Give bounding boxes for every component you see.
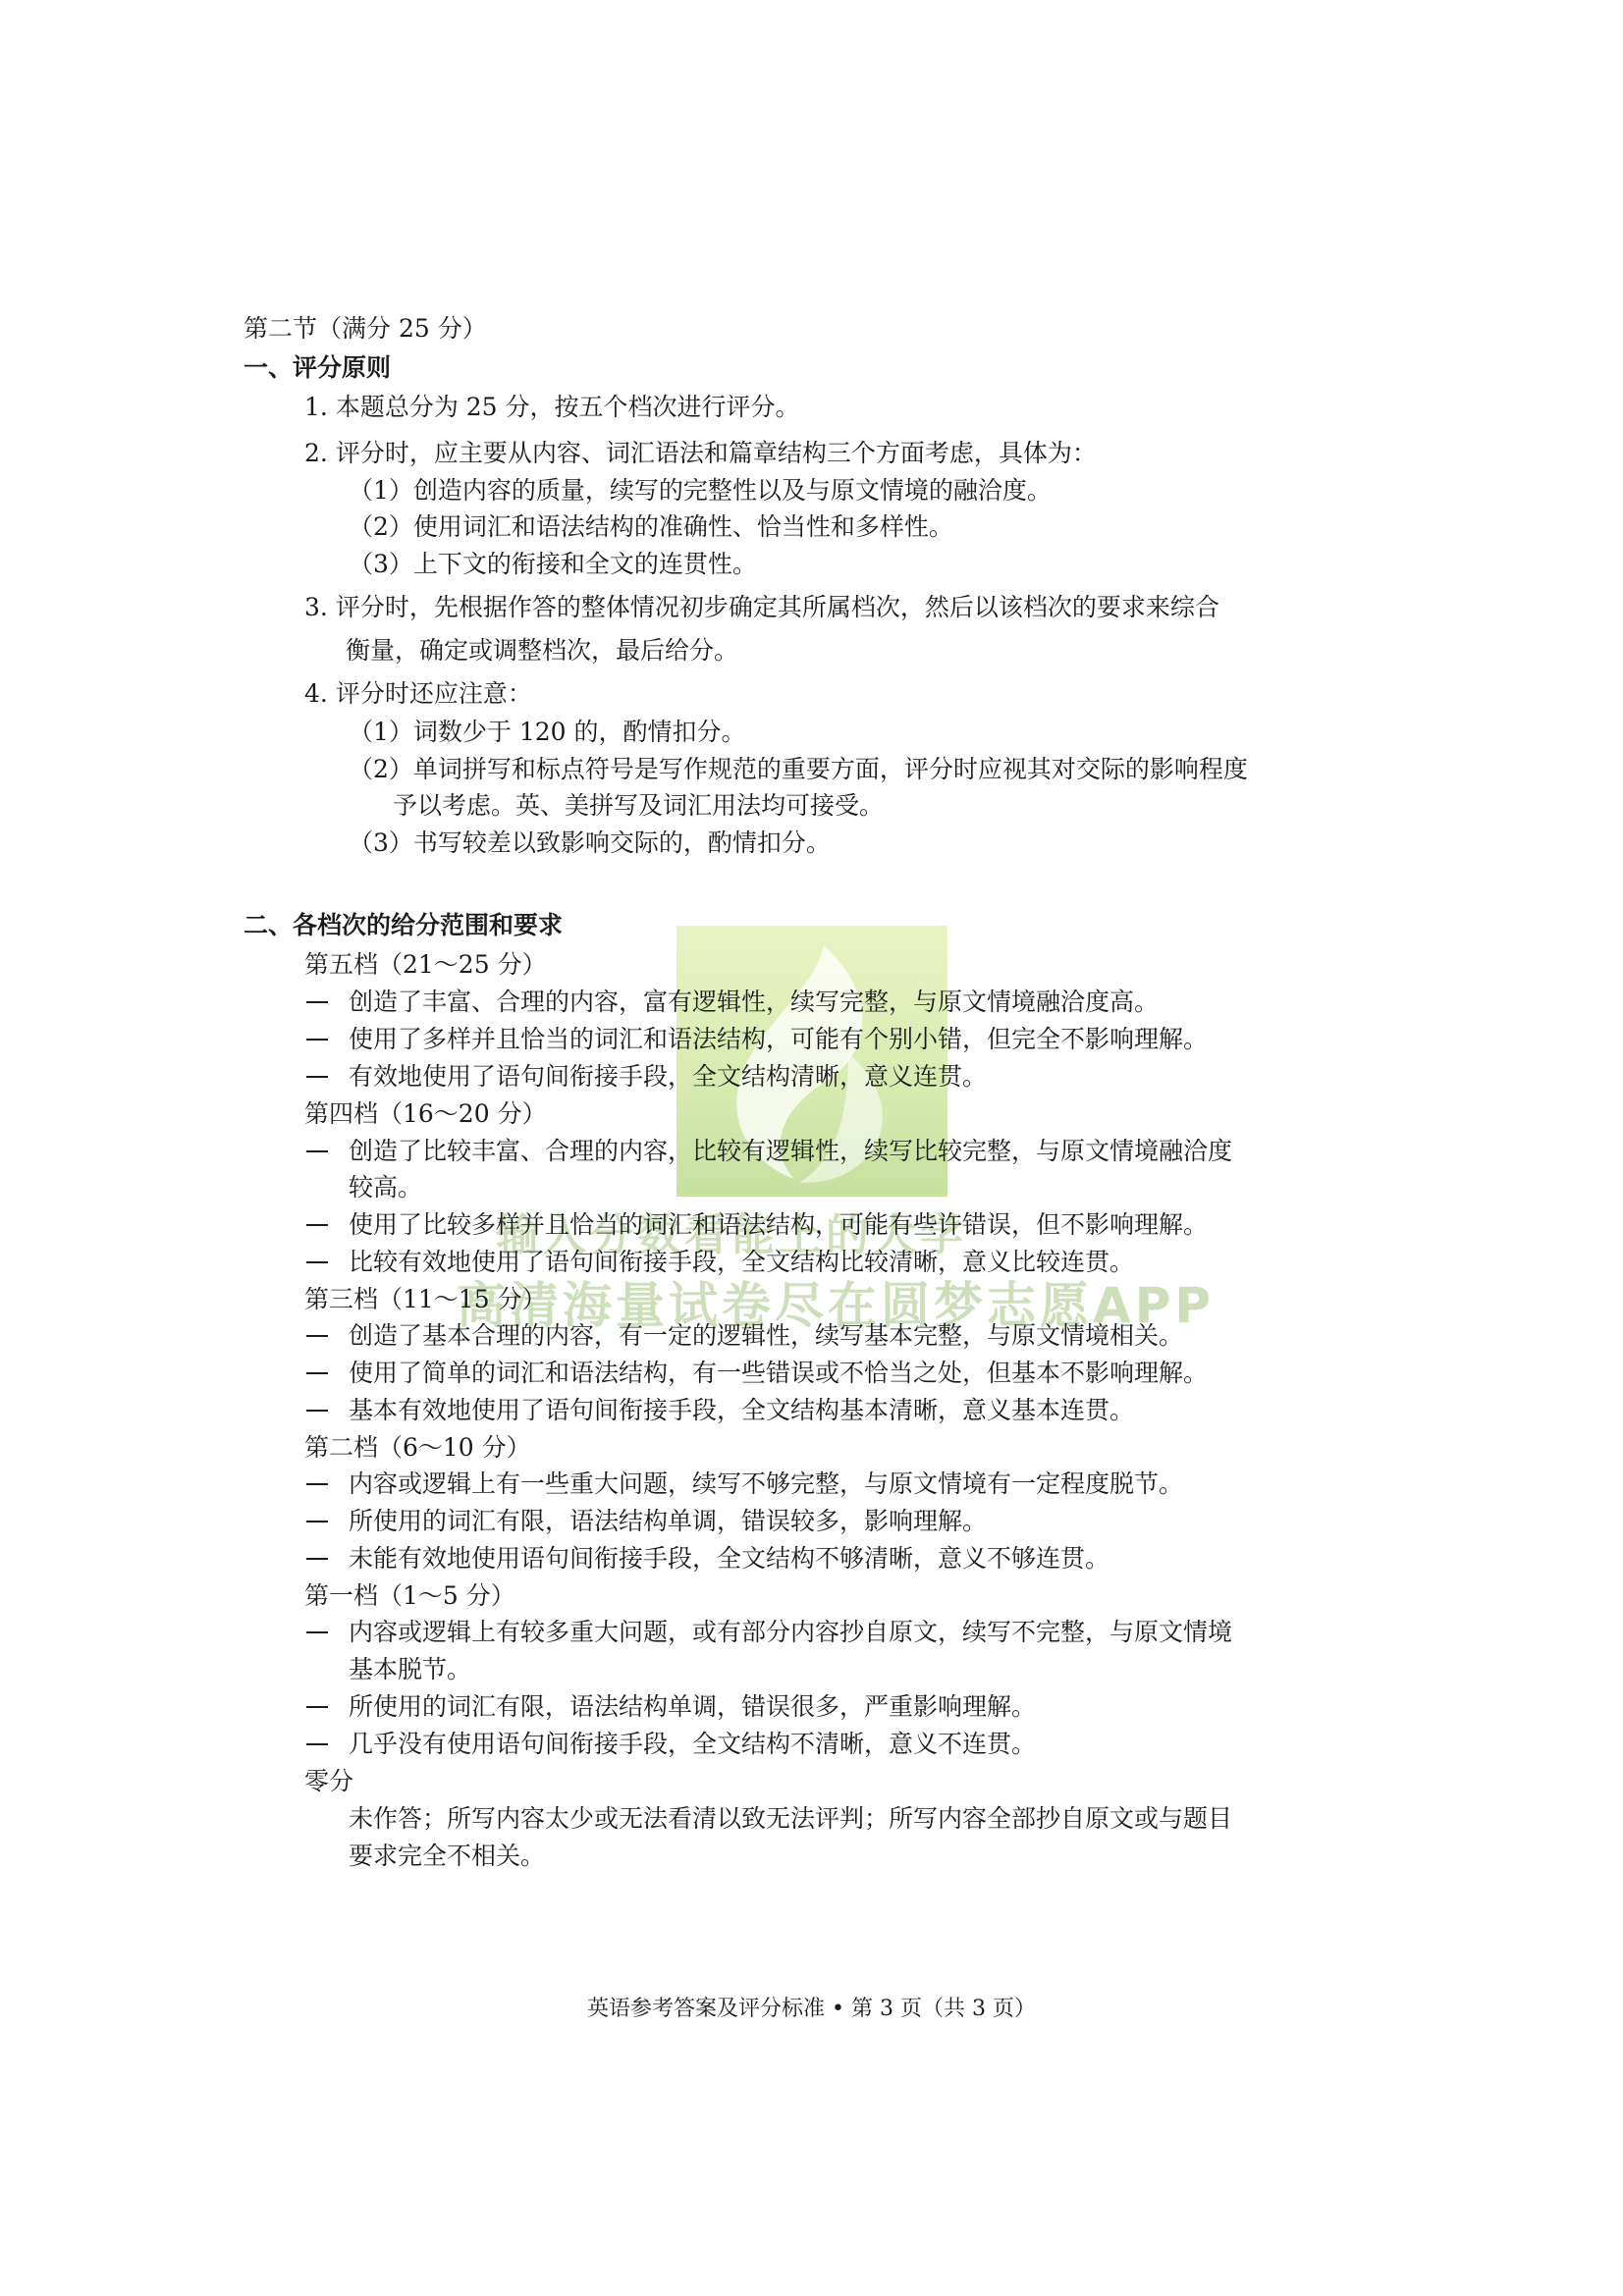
tier-label: 第五档（21～25 分） [304,950,547,980]
dash-bullet [306,1001,328,1003]
tier-point: 使用了简单的词汇和语法结构，有一些错误或不恰当之处，但基本不影响理解。 [349,1359,1208,1388]
item-text: 评分时，应主要从内容、词汇语法和篇章结构三个方面考虑，具体为： [336,439,1097,467]
item-number: 1. [304,393,328,421]
tier-point: 基本有效地使用了语句间衔接手段，全文结构基本清晰，意义基本连贯。 [349,1396,1134,1425]
tier-point: 有效地使用了语句间衔接手段，全文结构清晰，意义连贯。 [349,1062,987,1092]
tier-label: 第四档（16～20 分） [304,1099,547,1129]
tier-point: 所使用的词汇有限，语法结构单调，错误较多，影响理解。 [349,1507,987,1536]
dash-bullet [306,1261,328,1263]
item-number: 4. [304,679,328,708]
item-text: 评分时还应注意： [336,679,532,708]
section-title: 第二节（满分 25 分） [243,314,487,344]
dash-bullet [306,1335,328,1337]
item-text: 评分时，先根据作答的整体情况初步确定其所属档次，然后以该档次的要求来综合 [336,593,1219,621]
tier-point: 未能有效地使用语句间衔接手段，全文结构不够清晰，意义不够连贯。 [349,1544,1109,1574]
tier-point: 比较有效地使用了语句间衔接手段，全文结构比较清晰，意义比较连贯。 [349,1248,1134,1277]
dash-bullet [306,1558,328,1560]
dash-bullet [306,1372,328,1374]
item-number: 3. [304,593,328,621]
part2-heading: 二、各档次的给分范围和要求 [243,911,563,940]
principle-item-1: 1. 本题总分为 25 分，按五个档次进行评分。 [304,393,800,422]
dash-bullet [306,1521,328,1522]
zero-text-cont: 要求完全不相关。 [349,1842,545,1871]
dash-bullet [306,1483,328,1485]
dash-bullet [306,1410,328,1412]
tier-point-cont: 较高。 [349,1173,422,1202]
principle-item-3-cont: 衡量，确定或调整档次，最后给分。 [346,636,738,666]
principle-item-4: 4. 评分时还应注意： [304,679,532,709]
principle-subitem: （2）单词拼写和标点符号是写作规范的重要方面，评分时应视其对交际的影响程度 [349,755,1248,784]
tier-point: 内容或逻辑上有一些重大问题，续写不够完整，与原文情境有一定程度脱节。 [349,1469,1183,1499]
tier-point: 几乎没有使用语句间衔接手段，全文结构不清晰，意义不连贯。 [349,1730,1036,1759]
tier-point: 使用了比较多样并且恰当的词汇和语法结构，可能有些许错误，但不影响理解。 [349,1210,1208,1240]
item-number: 2. [304,439,328,467]
document-page: 输入分数看能上的大学 高清海量试卷尽在圆梦志愿APP 第二节（满分 25 分） … [0,0,1623,2296]
principle-subitem: （1）词数少于 120 的，酌情扣分。 [349,718,746,747]
principle-item-3: 3. 评分时，先根据作答的整体情况初步确定其所属档次，然后以该档次的要求来综合 [304,593,1219,622]
tier-label: 第二档（6～10 分） [304,1433,531,1463]
tier-label: 第一档（1～5 分） [304,1581,515,1611]
tier-point-cont: 基本脱节。 [349,1655,471,1684]
zero-text: 未作答；所写内容太少或无法看清以致无法评判；所写内容全部抄自原文或与题目 [349,1804,1232,1834]
zero-label: 零分 [304,1767,353,1796]
dash-bullet [306,1150,328,1152]
dash-bullet [306,1706,328,1708]
tier-label: 第三档（11～15 分） [304,1285,547,1314]
tier-point: 创造了丰富、合理的内容，富有逻辑性，续写完整，与原文情境融洽度高。 [349,988,1159,1017]
tier-point: 所使用的词汇有限，语法结构单调，错误很多，严重影响理解。 [349,1692,1036,1722]
principle-subitem: （1）创造内容的质量，续写的完整性以及与原文情境的融洽度。 [349,476,1052,506]
tier-point: 内容或逻辑上有较多重大问题，或有部分内容抄自原文，续写不完整，与原文情境 [349,1618,1232,1647]
principle-item-2: 2. 评分时，应主要从内容、词汇语法和篇章结构三个方面考虑，具体为： [304,439,1097,468]
principle-subitem: （2）使用词汇和语法结构的准确性、恰当性和多样性。 [349,512,953,542]
item-text: 本题总分为 25 分，按五个档次进行评分。 [336,393,800,421]
dash-bullet [306,1039,328,1041]
dash-bullet [306,1743,328,1745]
page-footer: 英语参考答案及评分标准 • 第 3 页（共 3 页） [0,1996,1623,2023]
principle-subitem-cont: 予以考虑。英、美拼写及词汇用法均可接受。 [393,791,884,821]
tier-point: 使用了多样并且恰当的词汇和语法结构，可能有个别小错，但完全不影响理解。 [349,1025,1208,1054]
principle-subitem: （3）书写较差以致影响交际的，酌情扣分。 [349,828,831,858]
tier-point: 创造了比较丰富、合理的内容，比较有逻辑性，续写比较完整，与原文情境融洽度 [349,1137,1232,1166]
principle-subitem: （3）上下文的衔接和全文的连贯性。 [349,550,757,579]
dash-bullet [306,1224,328,1226]
dash-bullet [306,1631,328,1633]
tier-point: 创造了基本合理的内容，有一定的逻辑性，续写基本完整，与原文情境相关。 [349,1321,1183,1351]
dash-bullet [306,1076,328,1078]
part1-heading: 一、评分原则 [243,353,391,383]
